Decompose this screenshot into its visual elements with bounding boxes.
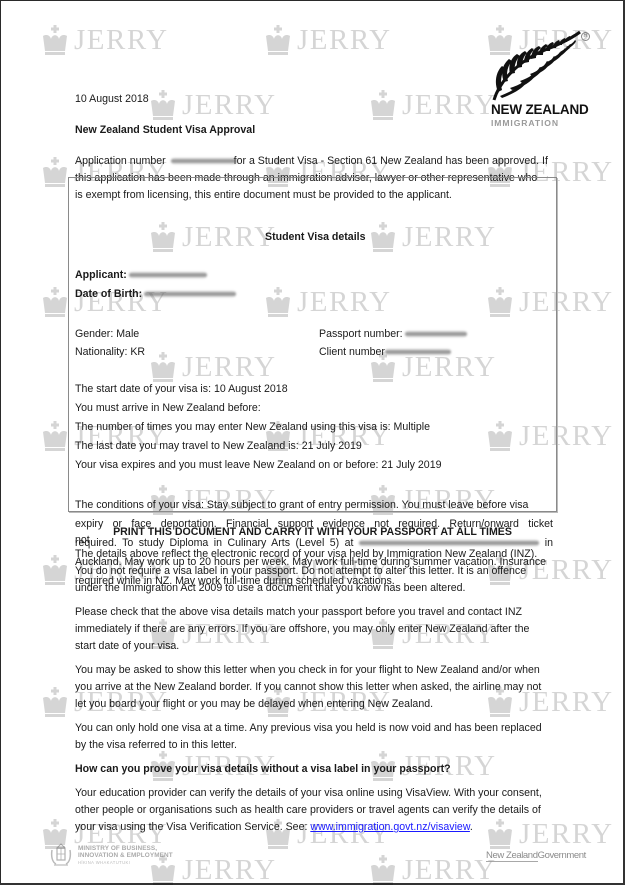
p2-line-3: start date of your visa. <box>75 638 179 654</box>
mbie-line-2: INNOVATION & EMPLOYMENT <box>78 852 173 860</box>
visa-start-date: The start date of your visa is: 10 Augus… <box>75 381 288 397</box>
p5-prefix: your visa using the Visa Verification Se… <box>75 821 310 833</box>
gender: Gender: Male <box>75 326 139 342</box>
redacted-applicant-name <box>129 272 207 278</box>
letter-title: New Zealand Student Visa Approval <box>75 122 255 138</box>
redacted-date-of-birth <box>144 291 236 297</box>
dob-label: Date of Birth: <box>75 288 142 300</box>
registered-mark: R <box>581 32 590 41</box>
p4-line-1: You can only hold one visa at a time. An… <box>75 720 553 736</box>
redacted-passport-number <box>405 331 467 337</box>
p5-line-2: other people or organisations such as he… <box>75 802 553 818</box>
nz-immigration-logo: R NEW ZEALAND IMMIGRATION <box>490 30 585 130</box>
intro-line-1: Application number for a Student Visa - … <box>75 153 548 169</box>
intro-text: Application number <box>75 155 166 167</box>
gov-part-2: Government <box>538 850 586 861</box>
conditions-line-1: The conditions of your visa: Stay subjec… <box>75 497 553 513</box>
intro-text: for a Student Visa - Section 61 New Zeal… <box>234 155 548 167</box>
silver-fern-icon <box>490 30 585 102</box>
visaview-subheading: How can you prove your visa details with… <box>75 761 451 777</box>
arrival-deadline: You must arrive in New Zealand before: <box>75 400 261 416</box>
print-notice-heading: PRINT THIS DOCUMENT AND CARRY IT WITH YO… <box>0 524 625 540</box>
visa-details-heading: Student Visa details <box>265 229 365 245</box>
visa-letter: R NEW ZEALAND IMMIGRATION 10 August 2018… <box>0 0 625 885</box>
last-travel-date: The last date you may travel to New Zeal… <box>75 438 362 454</box>
p1-line-1: The details above reflect the electronic… <box>75 546 553 562</box>
entry-count: The number of times you may enter New Ze… <box>75 419 430 435</box>
nz-government-logo: New ZealandGovernment <box>486 850 586 861</box>
logo-title: NEW ZEALAND <box>491 102 589 117</box>
p4-line-2: by the visa referred to in this letter. <box>75 737 237 753</box>
client-label: Client number <box>319 346 385 358</box>
p3-line-2: you arrive at the New Zealand border. If… <box>75 679 553 695</box>
coat-of-arms-icon <box>50 842 72 868</box>
logo-subtitle: IMMIGRATION <box>491 118 559 128</box>
applicant-label: Applicant: <box>75 269 127 281</box>
visa-expiry-date: Your visa expires and you must leave New… <box>75 457 442 473</box>
mbie-line-3: HĪKINA WHAKATUTUKI <box>78 860 173 866</box>
mbie-line-1: MINISTRY OF BUSINESS, <box>78 845 173 853</box>
passport-label: Passport number: <box>319 328 403 340</box>
redacted-client-number <box>385 349 451 355</box>
p2-line-2: immediately if there are any errors. If … <box>75 621 553 637</box>
passport-row: Passport number: <box>319 326 467 342</box>
p1-line-3: under the Immigration Act 2009 to use a … <box>75 580 465 596</box>
mbie-footer-logo: MINISTRY OF BUSINESS, INNOVATION & EMPLO… <box>50 842 173 868</box>
p2-line-1: Please check that the above visa details… <box>75 604 553 620</box>
applicant-row: Applicant: <box>75 267 207 283</box>
nationality: Nationality: KR <box>75 344 145 360</box>
gov-part-1: New Zealand <box>486 850 538 862</box>
p1-line-2: You do not require a visa label in your … <box>75 563 553 579</box>
client-row: Client number <box>319 344 451 360</box>
p3-line-1: You may be asked to show this letter whe… <box>75 662 553 678</box>
p3-line-3: let you board your flight or you may be … <box>75 696 433 712</box>
letter-date: 10 August 2018 <box>75 91 149 107</box>
p5-line-1: Your education provider can verify the d… <box>75 785 553 801</box>
dob-row: Date of Birth: <box>75 286 236 302</box>
redacted-application-number <box>171 158 237 164</box>
p5-suffix: . <box>470 821 473 833</box>
visaview-link[interactable]: www.immigration.govt.nz/visaview <box>310 821 470 833</box>
p5-line-3: your visa using the Visa Verification Se… <box>75 819 473 835</box>
